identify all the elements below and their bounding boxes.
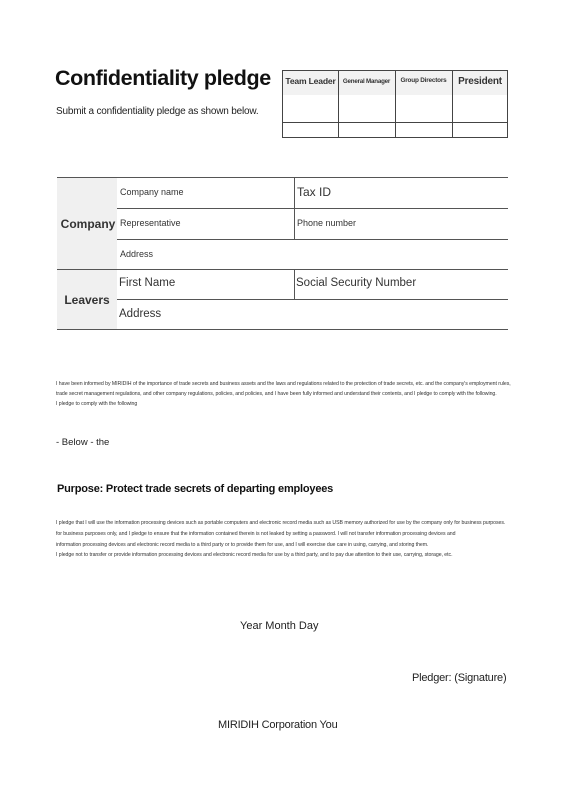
president-sign-cell[interactable] bbox=[453, 96, 508, 122]
leaver-address-field[interactable]: Address bbox=[119, 308, 161, 320]
phone-number-field[interactable]: Phone number bbox=[297, 218, 356, 228]
first-name-field[interactable]: First Name bbox=[119, 277, 175, 289]
below-label: - Below - the bbox=[56, 437, 109, 448]
group-directors-sign-cell[interactable] bbox=[396, 96, 452, 122]
approval-table: Team Leader General Manager Group Direct… bbox=[282, 70, 508, 138]
pledger-signature-line: Pledger: (Signature) bbox=[412, 672, 506, 684]
approval-col-president: President bbox=[452, 76, 508, 87]
info-table: Company Leavers Company name Tax ID Repr… bbox=[57, 177, 508, 330]
intro-paragraph-line: I have been informed by MIRIDIH of the i… bbox=[56, 379, 511, 389]
pledge-paragraph-line: I pledge that I will use the information… bbox=[56, 518, 505, 528]
group-label-column bbox=[57, 177, 117, 330]
table-top-border bbox=[57, 177, 508, 178]
purpose-heading: Purpose: Protect trade secrets of depart… bbox=[57, 483, 333, 495]
company-addressee: MIRIDIH Corporation You bbox=[218, 719, 338, 731]
group-label-company: Company bbox=[58, 217, 118, 231]
team-leader-sign-cell[interactable] bbox=[283, 96, 338, 122]
row-divider bbox=[283, 122, 507, 123]
column-divider bbox=[294, 269, 295, 299]
page-title: Confidentiality pledge bbox=[55, 66, 271, 91]
pledge-paragraph-line: I pledge not to transfer or provide info… bbox=[56, 550, 452, 560]
row-divider bbox=[117, 208, 508, 209]
column-divider bbox=[294, 177, 295, 239]
page-subtitle: Submit a confidentiality pledge as shown… bbox=[56, 106, 258, 117]
company-name-field[interactable]: Company name bbox=[120, 187, 184, 197]
intro-paragraph-line: I pledge to comply with the following bbox=[56, 399, 137, 409]
group-label-leavers: Leavers bbox=[57, 293, 117, 307]
representative-field[interactable]: Representative bbox=[120, 218, 181, 228]
group-divider bbox=[57, 269, 508, 270]
row-divider bbox=[117, 239, 508, 240]
approval-col-team-leader: Team Leader bbox=[283, 76, 338, 86]
company-address-field[interactable]: Address bbox=[120, 249, 153, 259]
approval-col-general-manager: General Manager bbox=[338, 78, 395, 85]
approval-col-group-directors: Group Directors bbox=[395, 77, 452, 84]
table-bottom-border bbox=[57, 329, 508, 330]
general-manager-sign-cell[interactable] bbox=[339, 96, 395, 122]
pledge-paragraph-line: for business purposes only, and I pledge… bbox=[56, 529, 455, 539]
row-divider bbox=[117, 299, 508, 300]
date-line: Year Month Day bbox=[240, 620, 318, 632]
pledge-paragraph-line: information processing devices and elect… bbox=[56, 540, 428, 550]
intro-paragraph-line: trade secret management regulations, and… bbox=[56, 389, 497, 399]
ssn-field[interactable]: Social Security Number bbox=[296, 277, 416, 289]
tax-id-field[interactable]: Tax ID bbox=[297, 185, 331, 199]
